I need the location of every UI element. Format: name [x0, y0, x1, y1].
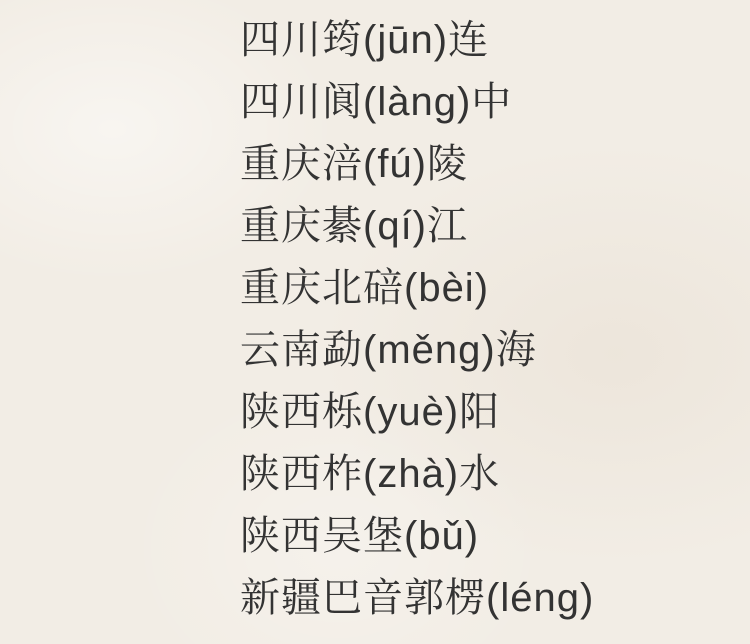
list-item: 陕西柞(zhà)水 — [240, 443, 750, 505]
list-item: 重庆涪(fú)陵 — [240, 133, 750, 195]
place-name-pronunciation-list: 四川筠(jūn)连 四川阆(làng)中 重庆涪(fú)陵 重庆綦(qí)江 重… — [0, 0, 750, 644]
list-item: 云南勐(měng)海 — [240, 319, 750, 381]
list-item: 四川筠(jūn)连 — [240, 9, 750, 71]
list-item: 重庆北碚(bèi) — [240, 257, 750, 319]
list-item: 四川阆(làng)中 — [240, 71, 750, 133]
list-item: 陕西吴堡(bǔ) — [240, 505, 750, 567]
list-item: 新疆巴音郭楞(léng) — [240, 567, 750, 629]
list-item: 重庆綦(qí)江 — [240, 195, 750, 257]
list-item: 陕西栎(yuè)阳 — [240, 381, 750, 443]
